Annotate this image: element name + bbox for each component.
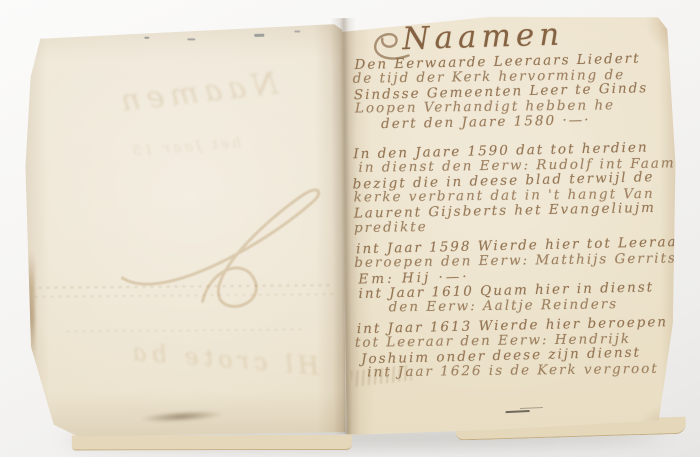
ink-bleedthrough-flourish <box>114 180 335 332</box>
manuscript-line: dert den Jaare 1580 ·—· <box>381 112 649 132</box>
manuscript-title: Naamen <box>402 16 565 57</box>
photo-background: Naamen het Jaar 15 Hl crote ba Naamen <box>0 0 700 457</box>
left-page: Naamen het Jaar 15 Hl crote ba <box>24 22 346 439</box>
manuscript-line: int Jaar 1626 is de Kerk vergroot <box>367 362 668 381</box>
ink-speck <box>294 30 300 32</box>
ink-speck <box>254 34 264 37</box>
worn-edge-stain <box>25 253 35 365</box>
ink-speck <box>187 38 195 40</box>
manuscript-line: den Eerw: Aaltje Reinders <box>389 297 655 316</box>
manuscript-paragraph: int Jaar 1598 Wierde hier tot Leeraar be… <box>356 237 686 285</box>
right-page: Naamen Den Eerwaarde Leeraars Liedert de… <box>340 13 682 436</box>
ink-bleedthrough-script: Hl crote ba <box>126 338 319 381</box>
ink-speck <box>344 15 360 18</box>
ink-bleedthrough-title: Naamen <box>113 66 279 119</box>
under-page-edge-left <box>72 435 352 450</box>
ink-smudge <box>139 409 223 424</box>
manuscript-paragraph: int Jaar 1610 Quam hier in dienst den Ee… <box>358 282 654 315</box>
manuscript-paragraph: Den Eerwaarde Leeraars Liedert de tijd d… <box>354 53 648 131</box>
bleedthrough-text-band <box>67 328 307 332</box>
ink-bleedthrough-line: het Jaar 15 <box>129 135 242 160</box>
ink-dash-mark <box>506 410 530 413</box>
open-book: Naamen het Jaar 15 Hl crote ba Naamen <box>22 11 684 445</box>
manuscript-paragraph: In den Jaare 1590 dat tot herdien in die… <box>353 142 676 235</box>
ink-speck <box>144 37 149 39</box>
manuscript-line: predikte <box>354 216 676 236</box>
